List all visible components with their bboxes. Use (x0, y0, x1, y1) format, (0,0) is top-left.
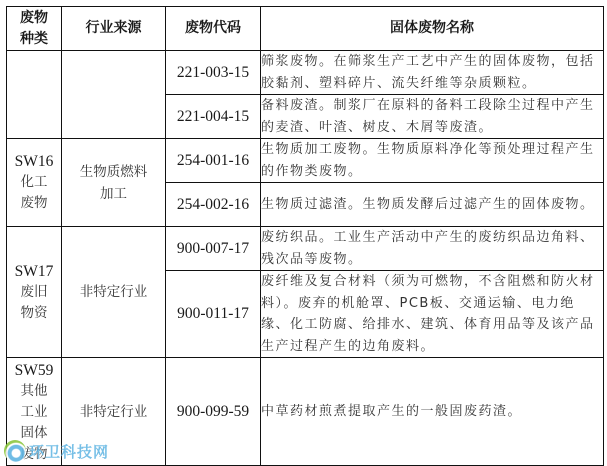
source-line: 加工 (62, 183, 165, 205)
category-line: 化工 (7, 172, 61, 193)
waste-code: 900-099-59 (166, 358, 261, 466)
table-row: SW16 化工 废物 生物质燃料 加工 254-001-16 生物质加工废物。生… (7, 139, 604, 183)
waste-code: 900-007-17 (166, 227, 261, 271)
category-line: 工业 (7, 402, 61, 423)
category-code: SW16 (7, 151, 61, 172)
header-category-line: 废物 (7, 8, 61, 29)
category-cell: SW16 化工 废物 (7, 139, 62, 227)
waste-description: 中草药材煎煮提取产生的一般固废药渣。 (261, 358, 604, 466)
source-cell (62, 51, 166, 139)
header-category: 废物 种类 (7, 7, 62, 51)
watermark: 环卫科技网 (4, 440, 109, 462)
category-code: SW17 (7, 261, 61, 282)
solid-waste-table: 废物 种类 行业来源 废物代码 固体废物名称 221-003-15 筛浆废物。在… (6, 6, 604, 466)
category-cell: SW17 废旧 物资 (7, 227, 62, 358)
waste-description: 废纤维及复合材料（须为可燃物，不含阻燃和防火材料）。废弃的机舱罩、PCB板、交通… (261, 271, 604, 358)
waste-description: 生物质加工废物。生物质原料净化等预处理过程产生的作物类废物。 (261, 139, 604, 183)
waste-description: 备料废渣。制浆厂在原料的备料工段除尘过程中产生的麦渣、叶渣、树皮、木屑等废渣。 (261, 95, 604, 139)
category-cell (7, 51, 62, 139)
header-source: 行业来源 (62, 7, 166, 51)
waste-code: 254-001-16 (166, 139, 261, 183)
watermark-text: 环卫科技网 (29, 441, 109, 462)
table-header-row: 废物 种类 行业来源 废物代码 固体废物名称 (7, 7, 604, 51)
category-line: 废旧 (7, 282, 61, 303)
leaf-drop-logo-icon (4, 440, 26, 462)
waste-description: 筛浆废物。在筛浆生产工艺中产生的固体废物，包括胶黏剂、塑料碎片、流失纤维等杂质颗… (261, 51, 604, 95)
waste-description: 废纺织品。工业生产活动中产生的废纺织品边角料、残次品等废物。 (261, 227, 604, 271)
source-cell: 非特定行业 (62, 227, 166, 358)
waste-code: 221-003-15 (166, 51, 261, 95)
category-line: 其他 (7, 381, 61, 402)
category-line: 物资 (7, 303, 61, 324)
source-cell: 生物质燃料 加工 (62, 139, 166, 227)
header-name: 固体废物名称 (261, 7, 604, 51)
header-category-line: 种类 (7, 29, 61, 50)
waste-code: 254-002-16 (166, 183, 261, 227)
table-row: 221-003-15 筛浆废物。在筛浆生产工艺中产生的固体废物，包括胶黏剂、塑料… (7, 51, 604, 95)
waste-code: 221-004-15 (166, 95, 261, 139)
category-line: 废物 (7, 193, 61, 214)
category-code: SW59 (7, 360, 61, 381)
waste-code: 900-011-17 (166, 271, 261, 358)
waste-description: 生物质过滤渣。生物质发酵后过滤产生的固体废物。 (261, 183, 604, 227)
source-line: 生物质燃料 (62, 161, 165, 183)
table-row: SW17 废旧 物资 非特定行业 900-007-17 废纺织品。工业生产活动中… (7, 227, 604, 271)
header-code: 废物代码 (166, 7, 261, 51)
